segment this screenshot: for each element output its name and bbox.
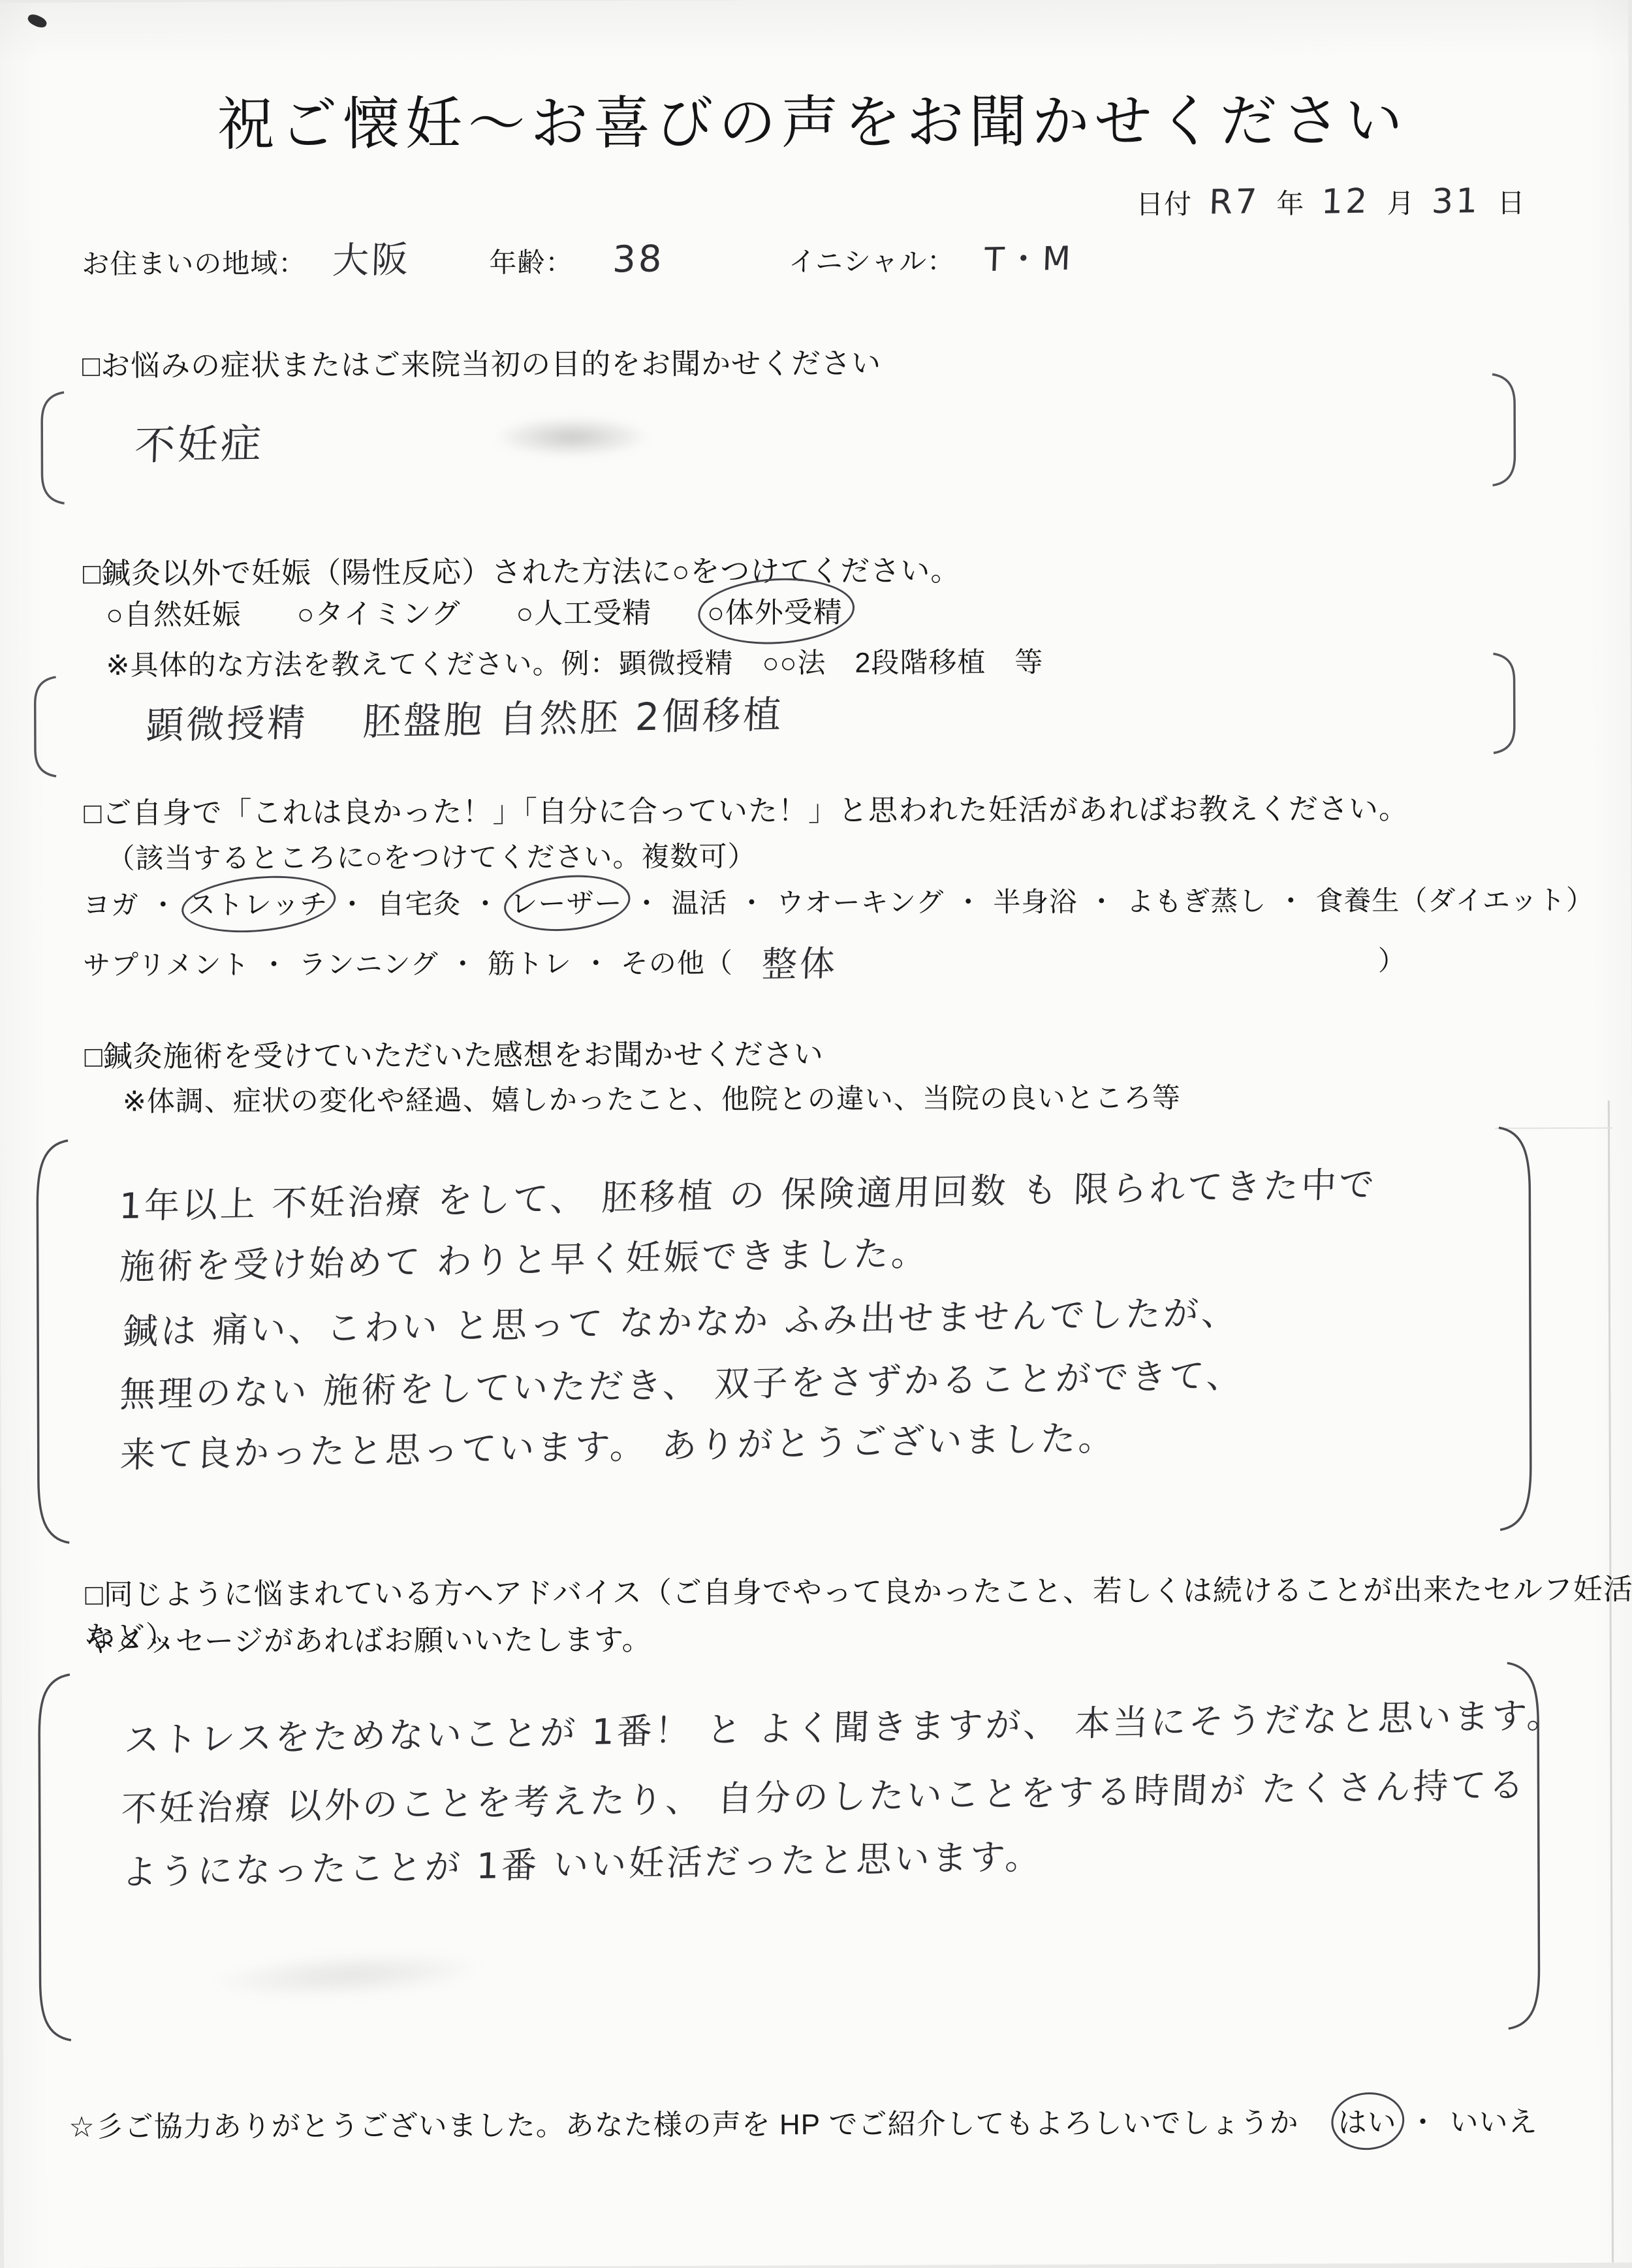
footer-yes-circled: はい [1338,2099,1396,2141]
q3-separator: ・ [953,881,984,920]
q3-separator: ・ [259,943,289,983]
q2-right-bracket [1490,652,1520,755]
footer-separator: ・ [1408,2099,1437,2141]
q3-option-mugwort-steam: よもぎ蒸し [1126,880,1266,920]
q2-left-bracket [30,675,59,778]
q4-answer-line-3: 鍼は 痛い、こわい と思って なかなか ふみ出せませんでしたが、 [122,1285,1240,1355]
q3-other-label: その他（ [621,941,733,981]
date-label: 日付 [1136,183,1192,222]
q2-answer-box: 顕微授精 胚盤胞 自然胚 2個移植 [30,665,1526,780]
scan-showthrough-smudge [163,1936,531,2015]
q3-option-diet: 食養生（ダイエット） [1315,879,1594,919]
q3-other-spacer [847,970,1369,972]
date-month-suffix: 月 [1387,182,1415,221]
region-value: 大阪 [332,230,412,284]
q3-separator: ・ [470,883,501,922]
date-line: 日付 R7 年 12 月 31 日 [1136,181,1526,222]
q4-heading: □鍼灸施術を受けていただいた感想をお聞かせください [84,1030,823,1075]
footer-thanks-text: ☆彡ご協力ありがとうございました。あなた様の声を HP でご紹介してもよろしいで… [69,2099,1298,2145]
q3-separator: ・ [1276,879,1306,919]
age-value: 38 [612,238,665,281]
date-era-year-value: R7 [1208,182,1260,222]
q5-answer-line-1: ストレスをためないことが 1番！ と よく聞きますが、 本当にそうだなと思います… [123,1688,1565,1763]
q5-answer-line-3: ようになったことが 1番 いい妊活だったと思います。 [121,1829,1044,1895]
region-label: お住まいの地域： [82,242,306,282]
q3-separator: ・ [337,883,368,922]
q3-option-supplement: サプリメント [83,943,250,983]
q3-option-half-bath: 半身浴 [993,881,1077,920]
q5-heading-line2: やメッセージがあればお願いいたします。 [86,1616,652,1660]
date-month-value: 12 [1321,182,1370,222]
footer-line: ☆彡ご協力ありがとうございました。あなた様の声を HP でご紹介してもよろしいで… [69,2098,1537,2145]
q4-left-bracket [31,1139,72,1545]
q3-heading: □ご自身で「これは良かった！」「自分に合っていた！」と思われた妊活があればお教え… [84,785,1409,832]
footer-no: いいえ [1449,2098,1537,2140]
q5-left-bracket [33,1673,74,2042]
q4-answer-line-1: 1年以上 不妊治療 をして、 胚移植 の 保険適用回数 も 限られてきた中で [118,1157,1377,1229]
q3-option-laser-circled: レーザー [510,882,622,922]
q3-other-close-paren: ） [1378,939,1406,979]
q5-answer-box: ストレスをためないことが 1番！ と よく聞きますが、 本当にそうだなと思います… [33,1667,1545,2042]
scan-smudge [467,411,676,464]
q2-options: ○自然妊娠 ○タイミング ○人工受精 ○体外受精 [106,589,843,633]
q1-left-bracket [37,390,67,505]
scanned-questionnaire-page: 祝ご懐妊～お喜びの声をお聞かせください 日付 R7 年 12 月 31 日 お住… [0,0,1632,2268]
q2-option-timing: ○タイミング [297,590,461,633]
q3-options-row2: サプリメント ・ ランニング ・ 筋トレ ・ その他（ 整体 ） [83,930,1406,985]
q4-answer-line-4: 無理のない 施術をしていただき、 双子をさずかることができて、 [119,1347,1245,1417]
q3-option-yoga: ヨガ [83,884,139,923]
q4-answer-line-2: 施術を受け始めて わりと早く妊娠できました。 [119,1225,930,1290]
initial-value: T・M [984,232,1074,281]
q3-option-walking: ウオーキング [776,881,944,921]
q2-option-natural: ○自然妊娠 [106,591,242,633]
q3-other-value: 整体 [761,936,838,987]
q2-option-ivf-circled: ○体外受精 [707,589,843,631]
q3-separator: ・ [1086,880,1117,919]
q3-subnote: （該当するところに○をつけてください。複数可） [106,834,756,876]
q4-answer-line-5: 来て良かったと思っています。 ありがとうございました。 [119,1410,1117,1478]
q3-separator: ・ [581,942,612,981]
q3-option-stretch-circled: ストレッチ [188,883,328,923]
q3-option-home-moxa: 自宅灸 [377,883,461,922]
q1-right-bracket [1490,372,1520,487]
date-day-value: 31 [1431,181,1481,221]
initial-label: イニシャル： [789,240,956,279]
q2-option-iui: ○人工受精 [516,590,652,632]
q3-separator: ・ [736,881,767,921]
q4-subnote: ※体調、症状の変化や経過、嬉しかったこと、他院との違い、当院の良いところ等 [123,1076,1181,1120]
q5-answer-line-2: 不妊治療 以外のことを考えたり、 自分のしたいことをする時間が たくさん持てる [121,1757,1528,1832]
q3-option-muscle-training: 筋トレ [488,942,572,981]
date-day-suffix: 日 [1498,181,1526,221]
q4-answer-box: 1年以上 不妊治療 をして、 胚移植 の 保険適用回数 も 限られてきた中で 施… [31,1133,1537,1545]
q3-options-row1: ヨガ ・ ストレッチ ・ 自宅灸 ・ レーザー ・ 温活 ・ ウオーキング ・ … [83,879,1594,923]
scan-edge-line [1608,1101,1614,2263]
scan-mark-top-left [26,12,48,30]
date-year-suffix: 年 [1276,182,1304,221]
q3-separator: ・ [448,943,479,982]
q3-separator: ・ [631,882,662,921]
q1-heading: □お悩みの症状またはご来院当初の目的をお聞かせください [82,339,881,385]
q3-option-running: ランニング [298,943,438,983]
age-label: 年齢： [489,241,573,280]
profile-line: お住まいの地域： 大阪 年齢： 38 イニシャル： T・M [82,229,1073,285]
form-title: 祝ご懐妊～お喜びの声をお聞かせください [0,74,1629,163]
q2-answer-value: 顕微授精 胚盤胞 自然胚 2個移植 [145,684,785,749]
q1-answer-value: 不妊症 [134,411,265,471]
q1-answer-box: 不妊症 [37,381,1532,509]
q3-separator: ・ [148,883,179,922]
q3-option-warming: 温活 [671,881,727,921]
q4-right-bracket [1496,1126,1537,1532]
